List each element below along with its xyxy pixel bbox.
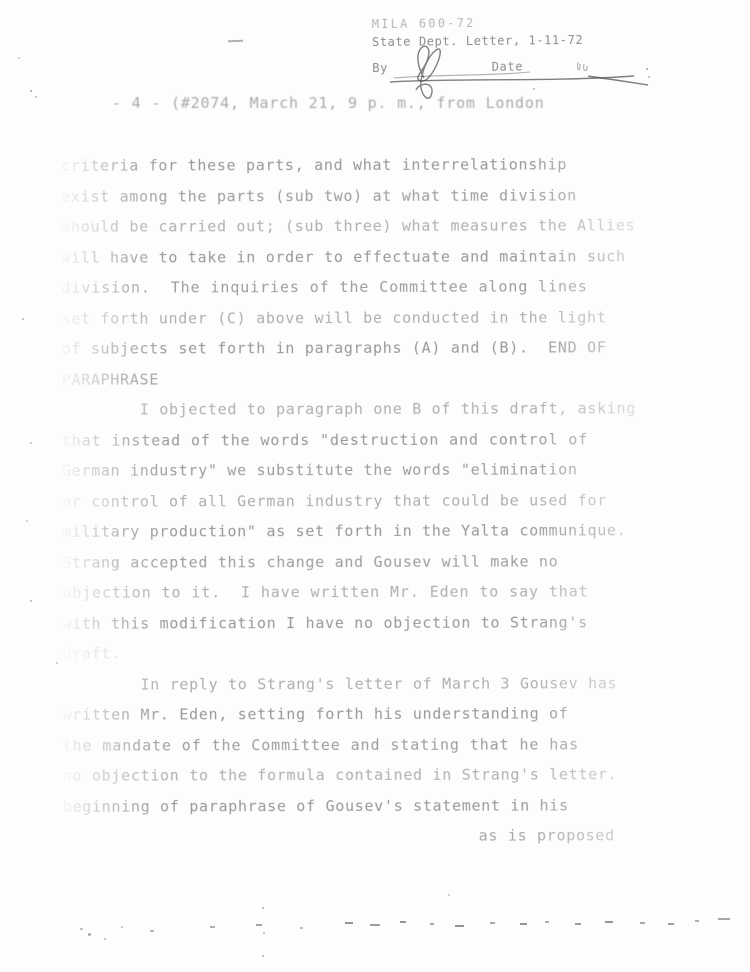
body-line: exist among the parts (sub two) at what … <box>61 180 641 212</box>
scan-speck <box>30 90 32 92</box>
scan-speck <box>56 662 58 664</box>
body-line: should be carried out; (sub three) what … <box>61 210 641 242</box>
scan-speck <box>263 932 265 934</box>
scan-speck <box>30 442 32 444</box>
scan-speck <box>35 96 37 98</box>
scan-speck <box>262 907 264 909</box>
body-line: draft. <box>62 637 642 669</box>
body-line: military production" as set forth in the… <box>62 515 642 547</box>
scan-speck <box>646 68 648 70</box>
declassification-stamp: MILA 600-72 State Dept. Letter, 1-11-72 … <box>372 13 584 77</box>
stamp-by-date-row: By Date <box>372 57 583 77</box>
scan-speck <box>533 88 535 90</box>
body-line: of subjects set forth in paragraphs (A) … <box>62 332 642 364</box>
body-line: written Mr. Eden, setting forth his unde… <box>63 698 643 730</box>
document-page: MILA 600-72 State Dept. Letter, 1-11-72 … <box>0 0 750 972</box>
scan-speck <box>104 938 106 940</box>
body-line: or control of all German industry that c… <box>62 485 642 517</box>
body-line: objection to it. I have written Mr. Eden… <box>62 576 642 608</box>
body-line: division. The inquiries of the Committee… <box>61 271 641 303</box>
body-line: German industry" we substitute the words… <box>62 454 642 486</box>
scan-speck <box>262 955 264 957</box>
body-line: In reply to Strang's letter of March 3 G… <box>62 668 642 700</box>
body-line: will have to take in order to effectuate… <box>61 241 641 273</box>
body-line: criteria for these parts, and what inter… <box>61 149 641 181</box>
scan-speck <box>648 76 650 78</box>
stamp-by-label: By <box>372 61 388 75</box>
scan-speck <box>26 520 28 522</box>
body-line: with this modification I have no objecti… <box>62 607 642 639</box>
page-header-line: - 4 - (#2074, March 21, 9 p. m., from Lo… <box>112 94 545 112</box>
body-line: that instead of the words "destruction a… <box>62 424 642 456</box>
stamp-source-line: State Dept. Letter, 1-11-72 <box>372 31 583 51</box>
body-line: set forth under (C) above will be conduc… <box>61 302 641 334</box>
scan-speck <box>88 933 91 936</box>
body-line: I objected to paragraph one B of this dr… <box>62 393 642 425</box>
body-line: PARAPHRASE <box>62 363 642 395</box>
body-text: criteria for these parts, and what inter… <box>61 149 643 852</box>
stray-dash <box>228 40 243 43</box>
scan-speck <box>30 600 32 602</box>
body-closing-line: as is proposed <box>63 820 643 852</box>
scan-speck <box>448 894 450 896</box>
scan-speck <box>22 318 24 320</box>
scan-speck <box>18 57 20 59</box>
body-line: beginning of paraphrase of Gousev's stat… <box>63 790 643 822</box>
stamp-authority-line: MILA 600-72 <box>372 13 583 33</box>
body-line: Strang accepted this change and Gousev w… <box>62 546 642 578</box>
stamp-date-label: Date <box>492 60 523 74</box>
body-line: the mandate of the Committee and stating… <box>63 729 643 761</box>
body-line: no objection to the formula contained in… <box>63 759 643 791</box>
